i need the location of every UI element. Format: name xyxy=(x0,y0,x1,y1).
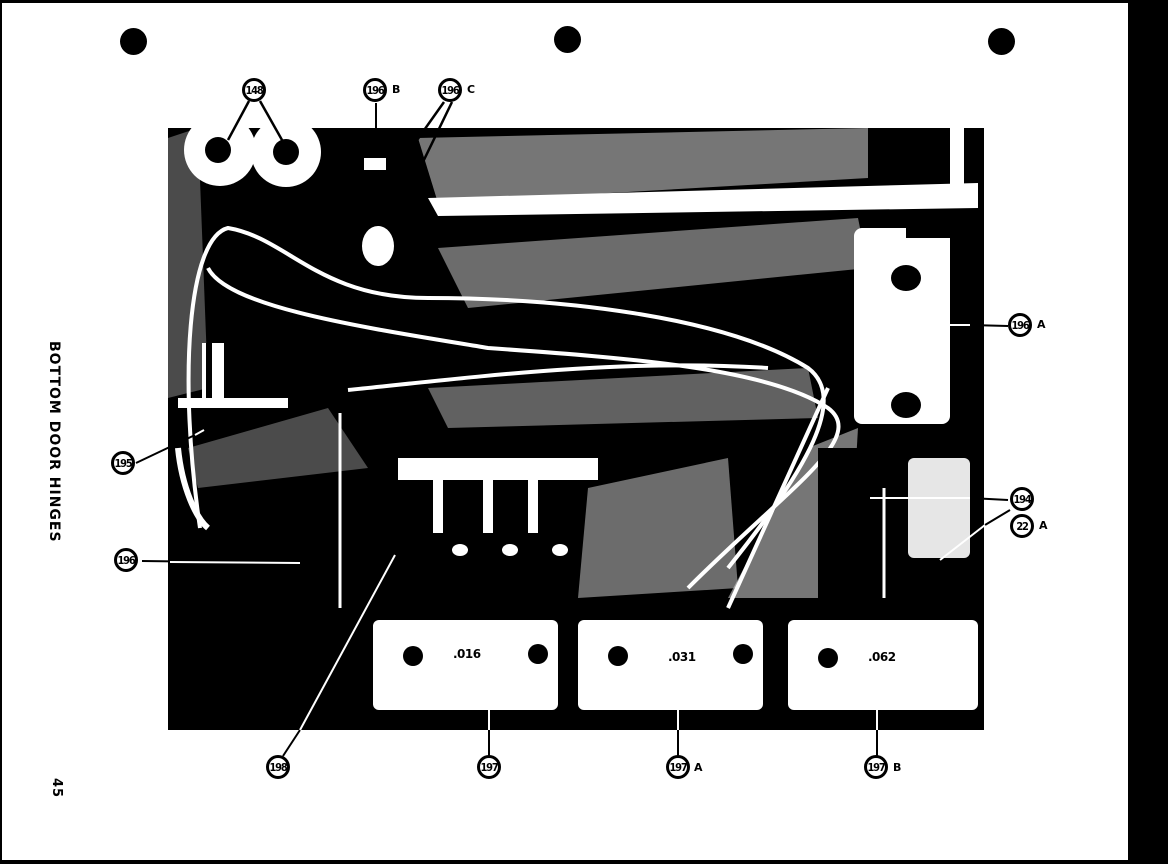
callout-suffix: A xyxy=(1039,519,1048,532)
callout-suffix: C xyxy=(467,83,475,96)
callout-148: 148 xyxy=(242,78,266,102)
callout-197: 197 xyxy=(477,755,501,779)
callout-suffix: B xyxy=(392,83,400,96)
callout-197b: 197 xyxy=(864,755,888,779)
callout-196a: 196 xyxy=(1008,313,1032,337)
callout-suffix: B xyxy=(893,761,901,774)
callout-suffix: A xyxy=(694,761,703,774)
callout-195: 195 xyxy=(111,451,135,475)
callout-leader-lines xyxy=(0,0,1168,864)
callout-196: 196 xyxy=(114,548,138,572)
callout-198: 198 xyxy=(266,755,290,779)
callout-197a: 197 xyxy=(666,755,690,779)
callout-suffix: A xyxy=(1037,318,1046,331)
callout-194: 194 xyxy=(1010,487,1034,511)
callout-196b: 196 xyxy=(363,78,387,102)
callout-196c: 196 xyxy=(438,78,462,102)
callout-22a: 22 xyxy=(1010,514,1034,538)
